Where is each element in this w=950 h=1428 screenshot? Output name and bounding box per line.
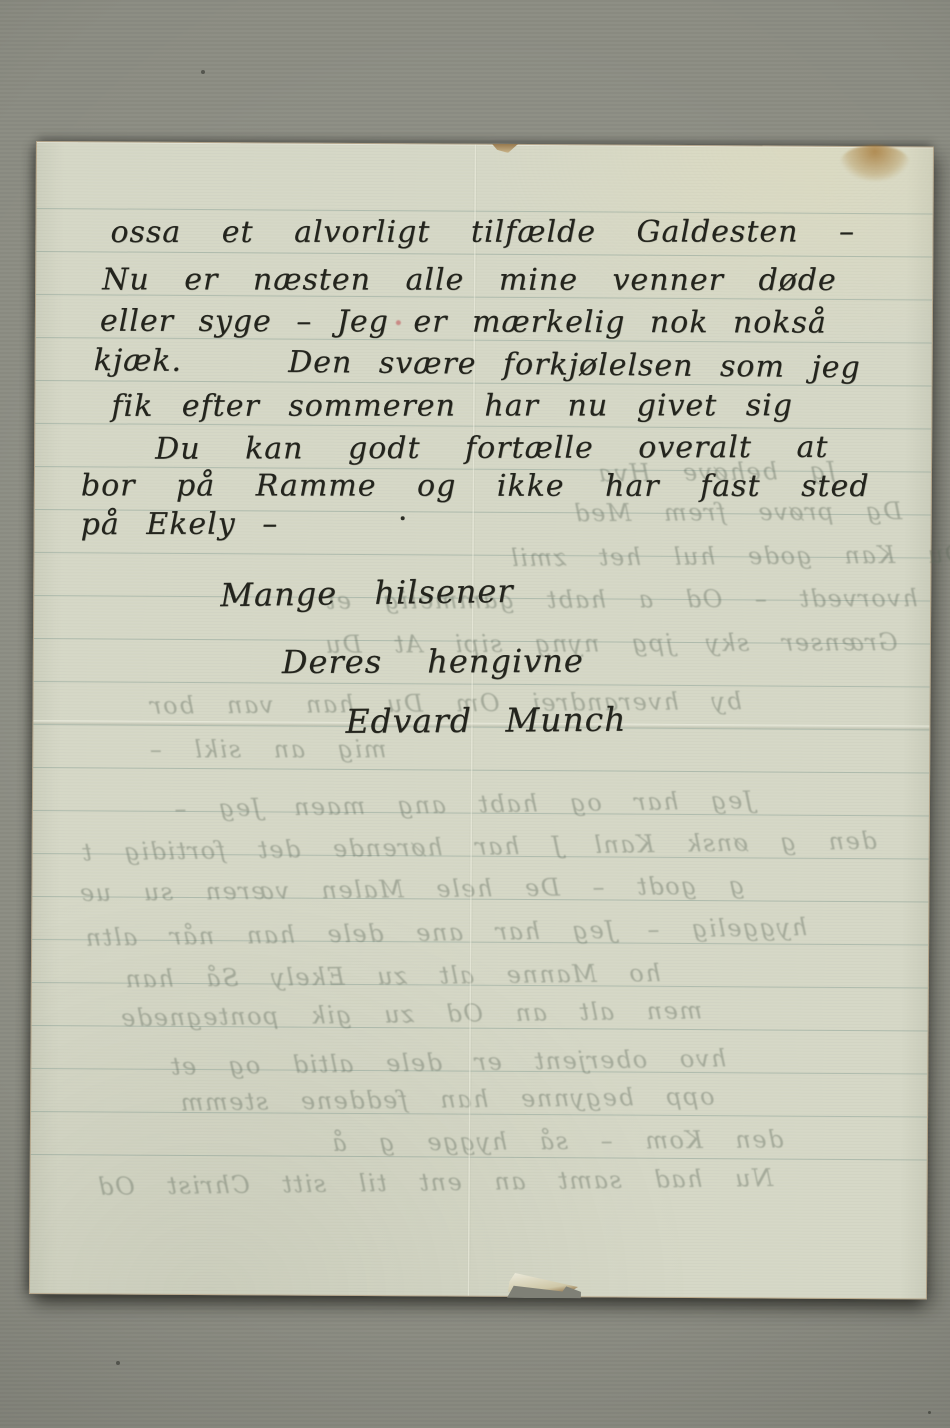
bleedthrough-line: ho Manne alt zu Ekely Så han bbox=[124, 959, 661, 993]
red-ink-speck bbox=[396, 320, 401, 325]
bleedthrough-line: hyggelig – Jeg har ane dele han når altn bbox=[84, 913, 807, 952]
bleedthrough-line: den g ønsk Kanl J har hørende det fortid… bbox=[81, 827, 877, 867]
bleedthrough-line: opp begynne han feddene stemm bbox=[179, 1082, 715, 1116]
handwriting-line: Mange hilsener bbox=[220, 572, 514, 614]
dust-speck bbox=[928, 1411, 931, 1414]
bleedthrough-layer: Jg behøve HvaDg prøve frem MedDu Kan god… bbox=[37, 142, 933, 147]
stain-top-right bbox=[840, 145, 910, 181]
handwriting-line: Nu er næsten alle mine venner døde bbox=[102, 262, 837, 298]
bleedthrough-line: hvo oberjent er dele altid og et bbox=[169, 1044, 726, 1080]
handwriting-line: ossa et alvorligt tilfælde Galdesten – bbox=[110, 214, 855, 250]
bleedthrough-line: g godt – De hele Malen væren su ue bbox=[78, 872, 744, 908]
tear-top-edge bbox=[492, 144, 518, 153]
dust-speck bbox=[116, 1361, 120, 1365]
handwriting-line: eller syge – Jeg er mærkelig nok nokså bbox=[100, 304, 827, 341]
handwriting-layer: ossa et alvorligt tilfælde Galdesten –Nu… bbox=[37, 142, 933, 147]
bleedthrough-line: Jeg har og habt ang maen Jeg – bbox=[173, 786, 754, 823]
handwriting-line: Du kan godt fortælle overalt at bbox=[155, 430, 828, 467]
ruled-lines-layer bbox=[37, 142, 933, 147]
bleedthrough-line: Du Kan gode hul het zmil bbox=[509, 541, 950, 573]
ruled-line bbox=[36, 251, 932, 257]
ruled-line bbox=[33, 767, 929, 773]
bleedthrough-line: den Kom – så hygge g å bbox=[331, 1125, 784, 1157]
handwriting-line: fik efter sommeren har nu givet sig bbox=[111, 388, 793, 424]
handwriting-line: på Ekely – bbox=[81, 507, 279, 543]
handwriting-line: kjæk. Den svære forkjølelsen som jeg bbox=[93, 343, 860, 385]
handwriting-line: bor på Ramme og ikke har fast sted bbox=[81, 468, 870, 504]
dust-speck bbox=[201, 70, 205, 74]
handwriting-line: Deres hengivne bbox=[282, 642, 584, 681]
bleedthrough-line: men alt an Od zu gik pontegnede bbox=[120, 996, 703, 1032]
photo-scene: Jg behøve HvaDg prøve frem MedDu Kan god… bbox=[0, 0, 950, 1428]
letter-paper: Jg behøve HvaDg prøve frem MedDu Kan god… bbox=[29, 141, 934, 1299]
ruled-line bbox=[34, 681, 930, 687]
ruled-line bbox=[35, 423, 931, 429]
handwriting-line: Edvard Munch bbox=[345, 700, 626, 741]
stray-ink-dot bbox=[401, 516, 405, 520]
bleedthrough-line: Nu had samt an ent til sitt Christ Od bbox=[96, 1164, 773, 1201]
